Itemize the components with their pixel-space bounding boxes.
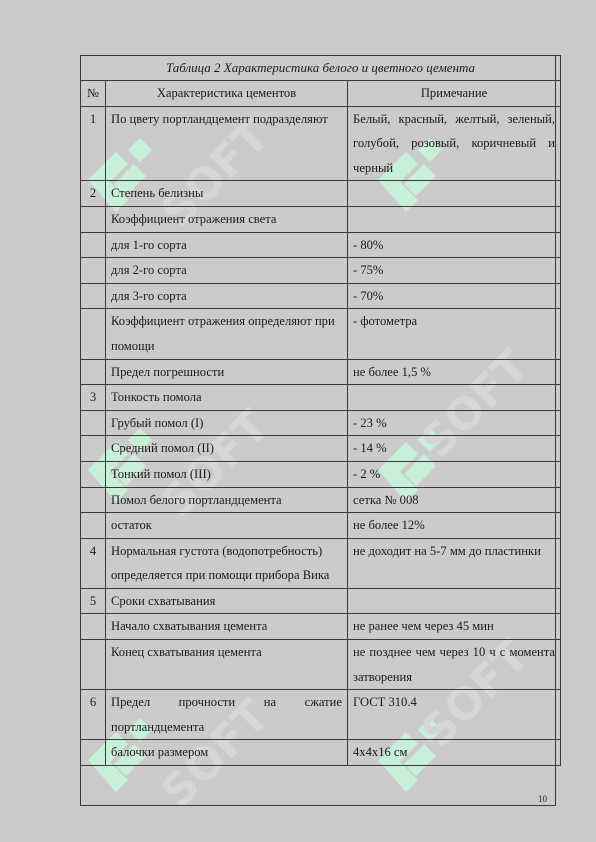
- cell-characteristic: Сроки схватывания: [106, 588, 348, 614]
- table-row: Предел погрешностине более 1,5 %: [81, 359, 561, 385]
- cell-num: [81, 283, 106, 309]
- cell-note: [348, 206, 561, 232]
- table-row: для 3-го сорта- 70%: [81, 283, 561, 309]
- cell-num: 4: [81, 538, 106, 588]
- cell-characteristic: Нормальная густота (водопотребность) опр…: [106, 538, 348, 588]
- cell-note: [348, 385, 561, 411]
- cell-characteristic: для 1-го сорта: [106, 232, 348, 258]
- table-row: Конец схватывания цементане позднее чем …: [81, 640, 561, 690]
- cell-characteristic: балочки размером: [106, 740, 348, 766]
- cell-note: - 23 %: [348, 410, 561, 436]
- cell-characteristic: остаток: [106, 513, 348, 539]
- cell-note: - 70%: [348, 283, 561, 309]
- cell-num: [81, 206, 106, 232]
- cell-note: не более 12%: [348, 513, 561, 539]
- table-row: Помол белого портландцементасетка № 008: [81, 487, 561, 513]
- table-row: Средний помол (II)- 14 %: [81, 436, 561, 462]
- cell-characteristic: Степень белизны: [106, 181, 348, 207]
- header-num: №: [81, 81, 106, 107]
- cell-num: [81, 640, 106, 690]
- cell-num: 5: [81, 588, 106, 614]
- cell-note: сетка № 008: [348, 487, 561, 513]
- cell-note: - фотометра: [348, 309, 561, 359]
- cell-note: Белый, красный, желтый, зеленый, голубой…: [348, 106, 561, 181]
- cell-num: 1: [81, 106, 106, 181]
- cell-note: не ранее чем через 45 мин: [348, 614, 561, 640]
- header-characteristic: Характеристика цементов: [106, 81, 348, 107]
- cell-num: [81, 461, 106, 487]
- cell-note: - 14 %: [348, 436, 561, 462]
- cell-note: ГОСТ 310.4: [348, 690, 561, 740]
- cell-characteristic: Предел погрешности: [106, 359, 348, 385]
- table-row: Коэффициент отражения света: [81, 206, 561, 232]
- cement-characteristics-table: Таблица 2 Характеристика белого и цветно…: [80, 55, 561, 766]
- table-row: 2Степень белизны: [81, 181, 561, 207]
- cell-note: - 75%: [348, 258, 561, 284]
- cell-characteristic: для 3-го сорта: [106, 283, 348, 309]
- cell-characteristic: Тонкость помола: [106, 385, 348, 411]
- table-header-row: № Характеристика цементов Примечание: [81, 81, 561, 107]
- cell-num: 2: [81, 181, 106, 207]
- cell-characteristic: Начало схватывания цемента: [106, 614, 348, 640]
- table-row: для 1-го сорта- 80%: [81, 232, 561, 258]
- table-row: балочки размером4х4х16 см: [81, 740, 561, 766]
- cell-num: [81, 513, 106, 539]
- cell-num: 3: [81, 385, 106, 411]
- cell-note: не доходит на 5-7 мм до пластинки: [348, 538, 561, 588]
- cell-num: [81, 410, 106, 436]
- header-note: Примечание: [348, 81, 561, 107]
- page-number: 10: [538, 794, 547, 804]
- table-row: 4Нормальная густота (водопотребность) оп…: [81, 538, 561, 588]
- cell-characteristic: Грубый помол (I): [106, 410, 348, 436]
- table-row: 1По цвету портландцемент подразделяютБел…: [81, 106, 561, 181]
- cell-characteristic: Помол белого портландцемента: [106, 487, 348, 513]
- cell-note: [348, 181, 561, 207]
- table-row: 3Тонкость помола: [81, 385, 561, 411]
- cell-note: не позднее чем через 10 ч с момента затв…: [348, 640, 561, 690]
- cell-num: [81, 740, 106, 766]
- cell-num: [81, 487, 106, 513]
- table-row: 5Сроки схватывания: [81, 588, 561, 614]
- cell-characteristic: Конец схватывания цемента: [106, 640, 348, 690]
- table-row: Грубый помол (I)- 23 %: [81, 410, 561, 436]
- cell-characteristic: По цвету портландцемент подразделяют: [106, 106, 348, 181]
- table-row: 6Предел прочности на сжатие портландцеме…: [81, 690, 561, 740]
- cell-num: [81, 258, 106, 284]
- cell-note: [348, 588, 561, 614]
- cell-characteristic: для 2-го сорта: [106, 258, 348, 284]
- cell-characteristic: Средний помол (II): [106, 436, 348, 462]
- table-row: Тонкий помол (III)- 2 %: [81, 461, 561, 487]
- table-row: остатокне более 12%: [81, 513, 561, 539]
- table-title: Таблица 2 Характеристика белого и цветно…: [81, 56, 561, 81]
- table-title-row: Таблица 2 Характеристика белого и цветно…: [81, 56, 561, 81]
- cell-num: [81, 232, 106, 258]
- cell-num: [81, 359, 106, 385]
- cell-note: - 80%: [348, 232, 561, 258]
- table-row: для 2-го сорта- 75%: [81, 258, 561, 284]
- cell-num: 6: [81, 690, 106, 740]
- cell-note: 4х4х16 см: [348, 740, 561, 766]
- cell-num: [81, 436, 106, 462]
- table-row: Коэффициент отражения определяют при пом…: [81, 309, 561, 359]
- cell-num: [81, 614, 106, 640]
- cell-num: [81, 309, 106, 359]
- cell-characteristic: Тонкий помол (III): [106, 461, 348, 487]
- cell-characteristic: Коэффициент отражения света: [106, 206, 348, 232]
- cell-characteristic: Предел прочности на сжатие портландцемен…: [106, 690, 348, 740]
- cell-note: - 2 %: [348, 461, 561, 487]
- cell-note: не более 1,5 %: [348, 359, 561, 385]
- cell-characteristic: Коэффициент отражения определяют при пом…: [106, 309, 348, 359]
- table-row: Начало схватывания цементане ранее чем ч…: [81, 614, 561, 640]
